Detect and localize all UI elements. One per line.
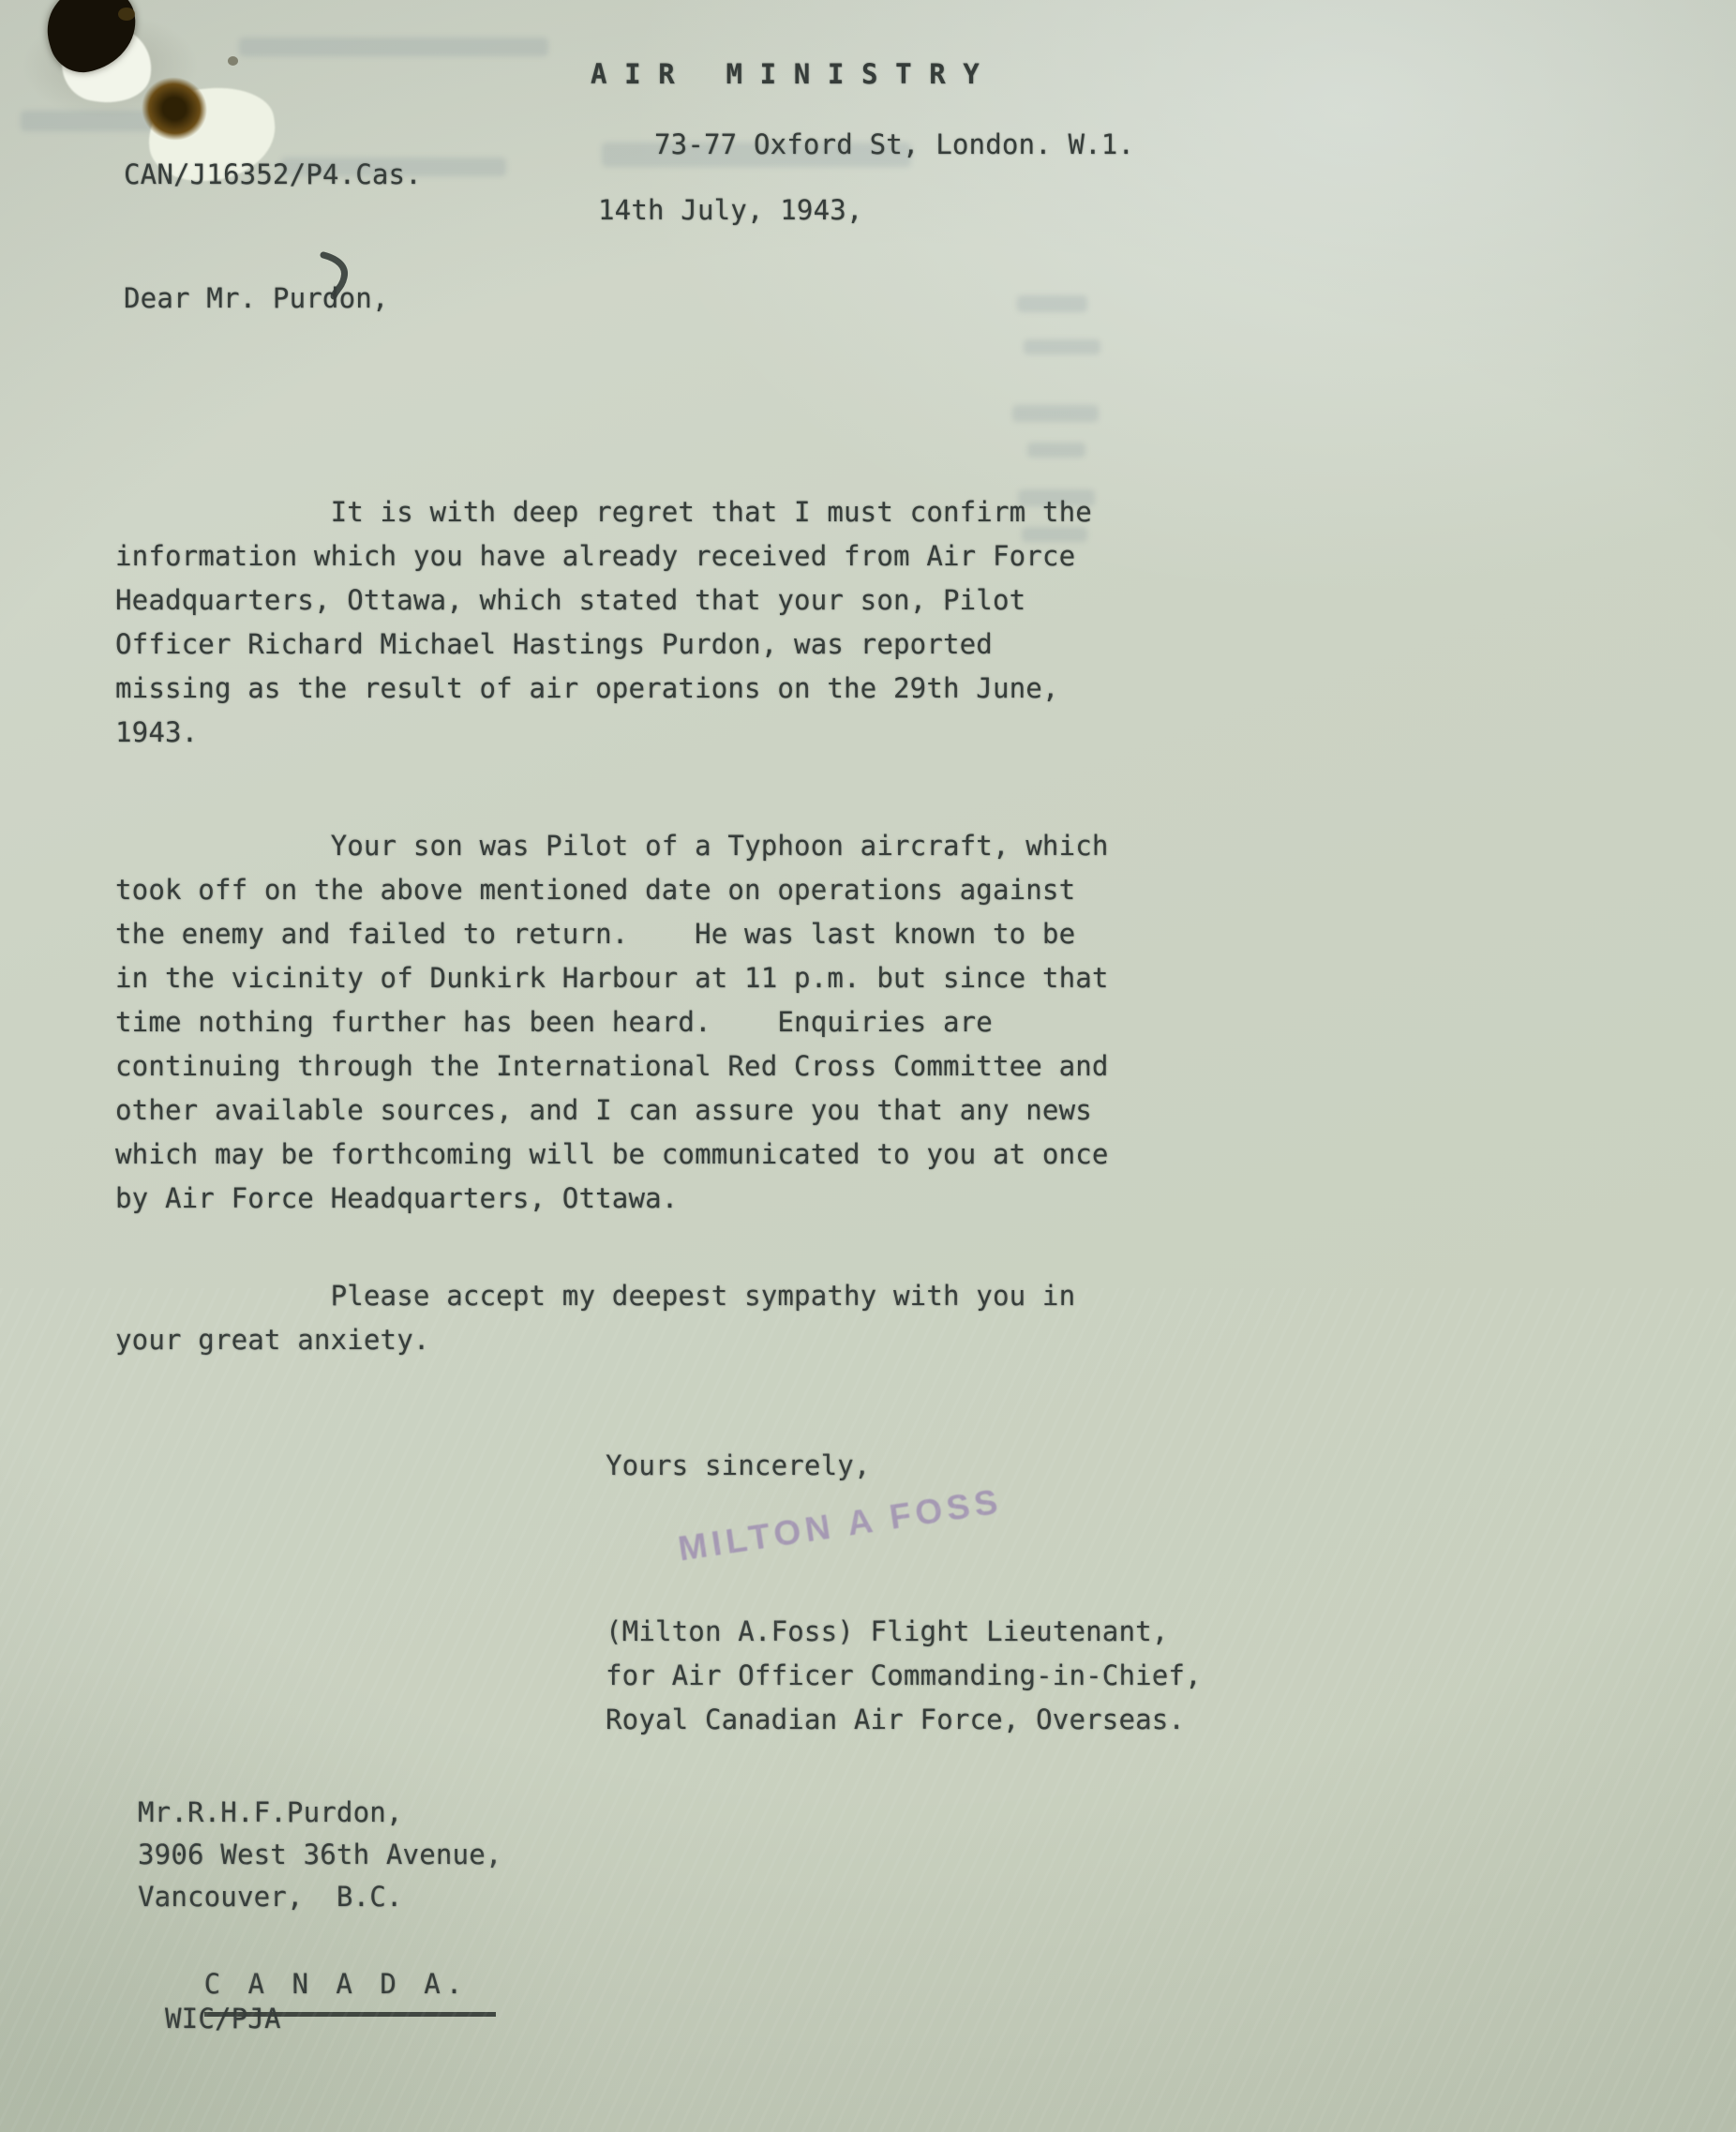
signature-block: (Milton A.Foss) Flight Lieutenant, for A… bbox=[606, 1610, 1202, 1742]
signature-stamp: MILTON A FOSS bbox=[676, 1481, 1005, 1569]
file-reference: CAN/J16352/P4.Cas. bbox=[124, 153, 422, 197]
bleedthrough-mark bbox=[239, 38, 548, 56]
typist-initials: WIC/PJA bbox=[165, 1997, 281, 2041]
letterhead-organization: A I R M I N I S T R Y bbox=[591, 53, 980, 97]
bleedthrough-mark bbox=[1027, 443, 1085, 458]
letterhead-address: 73-77 Oxford St, London. W.1. bbox=[654, 123, 1134, 167]
paragraph-2: Your son was Pilot of a Typhoon aircraft… bbox=[115, 824, 1109, 1221]
letter-photo: A I R M I N I S T R Y 73-77 Oxford St, L… bbox=[0, 0, 1736, 2132]
paragraph-3: Please accept my deepest sympathy with y… bbox=[115, 1274, 1075, 1362]
closing-phrase: Yours sincerely, bbox=[606, 1444, 871, 1488]
bleedthrough-mark bbox=[1012, 405, 1099, 422]
letter-date: 14th July, 1943, bbox=[598, 188, 863, 233]
bleedthrough-mark bbox=[1017, 295, 1087, 312]
bleedthrough-mark bbox=[1024, 339, 1100, 354]
recipient-address: Mr.R.H.F.Purdon, 3906 West 36th Avenue, … bbox=[138, 1792, 502, 1918]
paragraph-1: It is with deep regret that I must confi… bbox=[115, 490, 1092, 755]
paper-speck bbox=[228, 56, 238, 66]
paper-speck bbox=[118, 8, 135, 21]
salutation: Dear Mr. Purdon, bbox=[124, 277, 389, 321]
